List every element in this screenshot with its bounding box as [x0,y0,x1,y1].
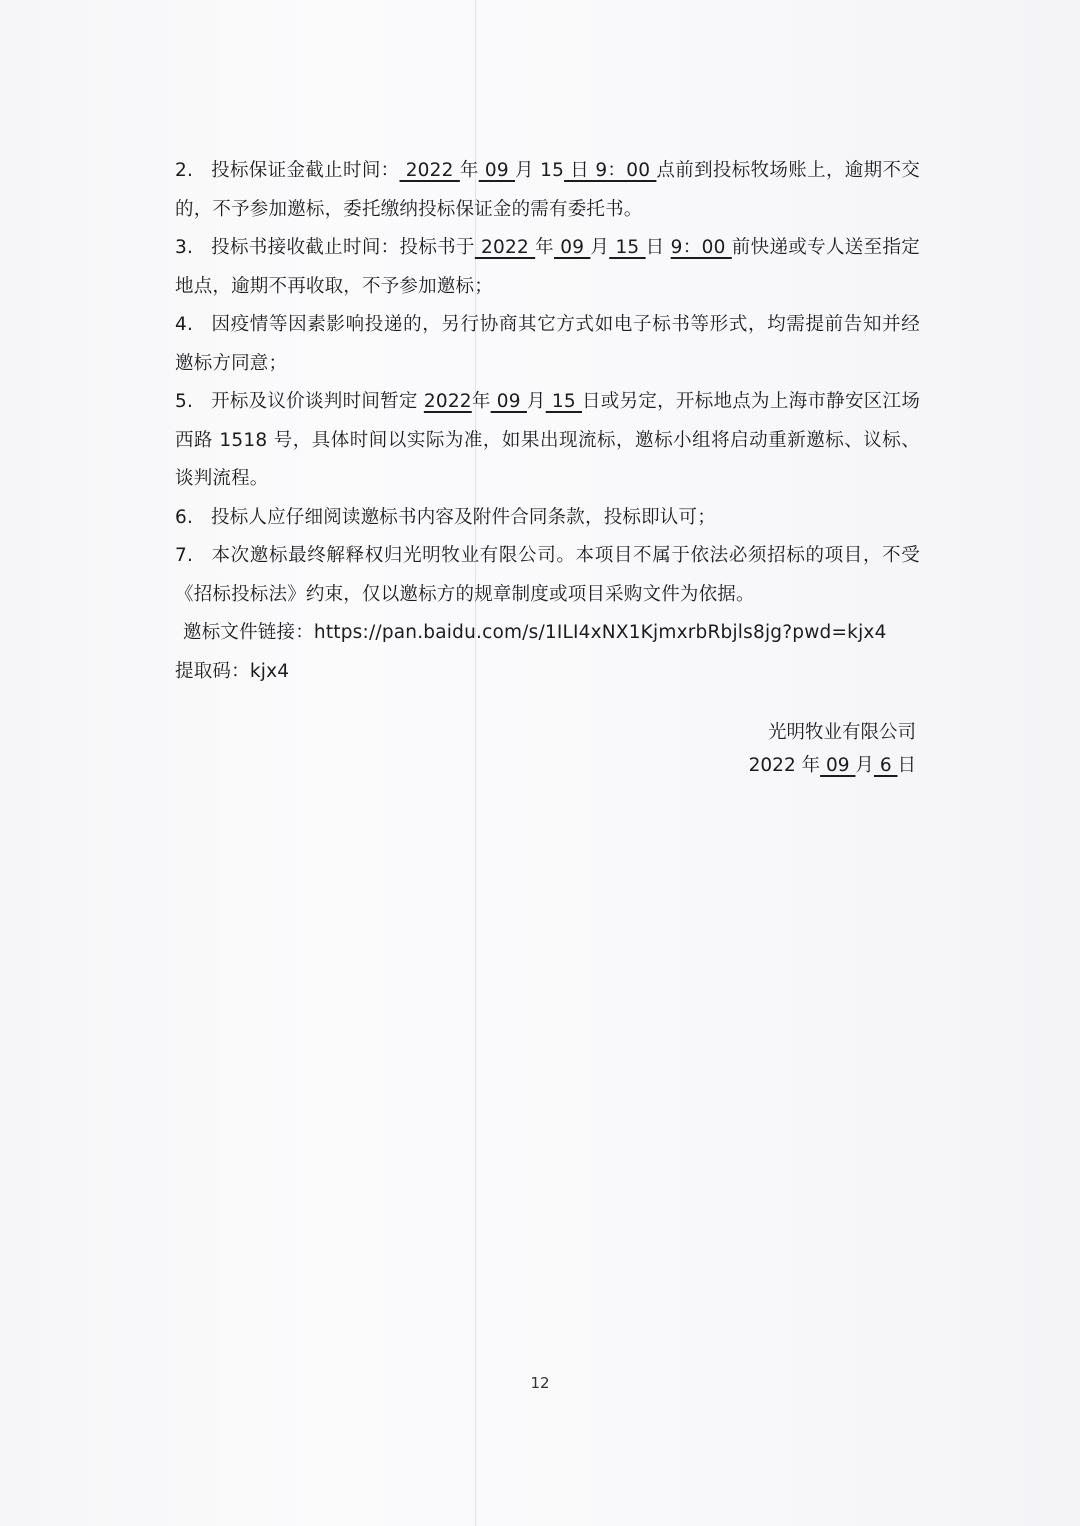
clause-number: 4. [175,306,211,345]
date-day-label: 日 [897,755,916,776]
clause-text: 年 [460,160,479,181]
clause-2: 2.投标保证金截止时间： 2022 年 09 月 15 日 9：00 点前到投标… [175,152,920,229]
document-page: 2.投标保证金截止时间： 2022 年 09 月 15 日 9：00 点前到投标… [0,0,1080,1526]
clause-number: 2. [175,152,211,191]
clause-text: 月 [590,237,609,258]
download-link[interactable]: https://pan.baidu.com/s/1ILI4xNX1KjmxrbR… [314,622,887,643]
clause-text: 因疫情等因素影响投递的，另行协商其它方式如电子标书等形式，均需提前告知并经邀标方… [175,314,920,374]
underlined-day-time: 日 9：00 [564,160,656,181]
signature-date: 2022 年 09 月 6 日 [749,749,916,782]
clause-text: 投标人应仔细阅读邀标书内容及附件合同条款，投标即认可； [211,507,716,528]
extract-code-label: 提取码： [175,661,250,682]
clause-text: 月 15 [515,160,564,181]
clause-text: 年 [472,391,491,412]
date-day: 6 [874,755,898,776]
page-number: 12 [0,1374,1080,1392]
clause-text: 本次邀标最终解释权归光明牧业有限公司。本项目不属于依法必须招标的项目，不受《招标… [175,545,920,605]
underlined-day: 15 [609,237,645,258]
clause-number: 7. [175,537,211,576]
download-link-line: 邀标文件链接：https://pan.baidu.com/s/1ILI4xNX1… [175,614,920,653]
extract-code-line: 提取码：kjx4 [175,653,920,692]
date-year: 2022 年 [749,755,820,776]
clause-4: 4.因疫情等因素影响投递的，另行协商其它方式如电子标书等形式，均需提前告知并经邀… [175,306,920,383]
date-month: 09 [820,755,855,776]
underlined-month: 09 [554,237,590,258]
underlined-year: 2022 [400,160,460,181]
underlined-time: 9：00 [671,237,732,258]
clause-text: 月 [527,391,546,412]
clause-number: 6. [175,499,211,538]
clause-text: 投标书接收截止时间：投标书于 [211,237,475,258]
clause-text: 年 [535,237,554,258]
clause-text: 开标及议价谈判时间暂定 [211,391,424,412]
clause-5: 5.开标及议价谈判时间暂定 2022年 09 月 15 日或另定，开标地点为上海… [175,383,920,499]
date-month-label: 月 [855,755,874,776]
underlined-year: 2022 [475,237,535,258]
clause-text: 日 [646,237,671,258]
signature-block: 光明牧业有限公司 2022 年 09 月 6 日 [749,716,916,782]
underlined-year: 2022 [424,391,472,412]
clause-6: 6.投标人应仔细阅读邀标书内容及附件合同条款，投标即认可； [175,499,920,538]
link-label: 邀标文件链接： [183,622,314,643]
underlined-day: 15 [546,391,582,412]
clause-number: 3. [175,229,211,268]
clause-text: 投标保证金截止时间： [211,160,400,181]
clause-number: 5. [175,383,211,422]
clause-3: 3.投标书接收截止时间：投标书于 2022 年 09 月 15 日 9：00 前… [175,229,920,306]
extract-code-value: kjx4 [250,661,289,682]
underlined-month: 09 [491,391,527,412]
clause-7: 7.本次邀标最终解释权归光明牧业有限公司。本项目不属于依法必须招标的项目，不受《… [175,537,920,614]
company-name: 光明牧业有限公司 [749,716,916,749]
underlined-month: 09 [479,160,515,181]
document-body: 2.投标保证金截止时间： 2022 年 09 月 15 日 9：00 点前到投标… [175,152,920,691]
